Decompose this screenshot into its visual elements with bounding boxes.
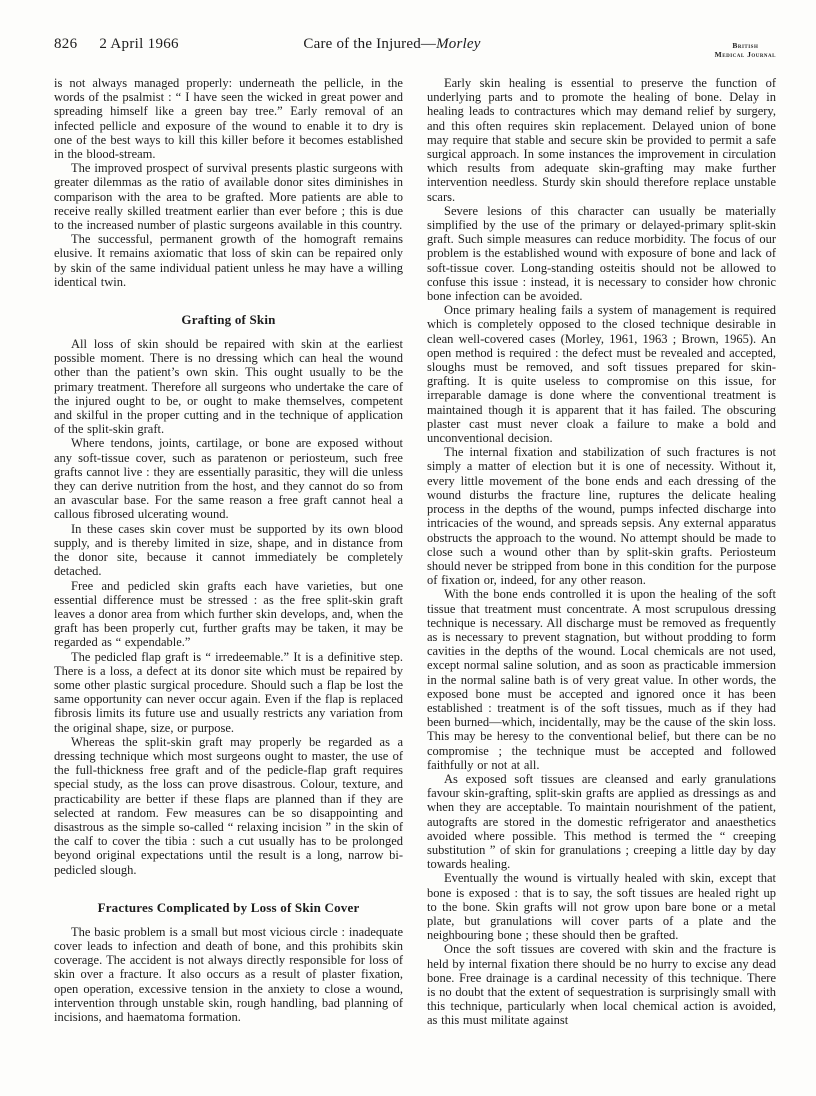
paragraph: Once the soft tissues are covered with s…	[427, 942, 776, 1027]
journal-name-line1: British	[732, 41, 758, 50]
paragraph: As exposed soft tissues are cleansed and…	[427, 772, 776, 871]
paragraph: is not always managed properly: undernea…	[54, 76, 403, 161]
running-title: Care of the Injured—Morley	[54, 36, 730, 53]
paragraph: Whereas the split-skin graft may properl…	[54, 735, 403, 877]
running-title-text: Care of the Injured—	[303, 36, 436, 52]
paragraph: All loss of skin should be repaired with…	[54, 337, 403, 436]
paragraph: Once primary healing fails a system of m…	[427, 303, 776, 445]
section-heading-grafting-of-skin: Grafting of Skin	[54, 313, 403, 327]
running-title-author: Morley	[436, 36, 481, 52]
paragraph: Severe lesions of this character can usu…	[427, 204, 776, 303]
left-column: is not always managed properly: undernea…	[54, 76, 403, 1028]
section-heading-fractures: Fractures Complicated by Loss of Skin Co…	[54, 901, 403, 915]
page-header: 826 2 April 1966 Care of the Injured—Mor…	[54, 36, 776, 66]
paragraph: Where tendons, joints, cartilage, or bon…	[54, 436, 403, 521]
paragraph: Free and pedicled skin grafts each have …	[54, 579, 403, 650]
paragraph: The internal fixation and stabilization …	[427, 445, 776, 587]
paragraph: Early skin healing is essential to prese…	[427, 76, 776, 204]
article-body: is not always managed properly: undernea…	[54, 76, 776, 1028]
paragraph: Eventually the wound is virtually healed…	[427, 871, 776, 942]
paragraph: The pedicled flap graft is “ irredeemabl…	[54, 650, 403, 735]
paragraph: The successful, permanent growth of the …	[54, 232, 403, 289]
journal-page: 826 2 April 1966 Care of the Injured—Mor…	[0, 0, 816, 1096]
paragraph: The basic problem is a small but most vi…	[54, 925, 403, 1024]
paragraph: In these cases skin cover must be suppor…	[54, 522, 403, 579]
paragraph: The improved prospect of survival presen…	[54, 161, 403, 232]
right-column: Early skin healing is essential to prese…	[427, 76, 776, 1028]
paragraph: With the bone ends controlled it is upon…	[427, 587, 776, 772]
